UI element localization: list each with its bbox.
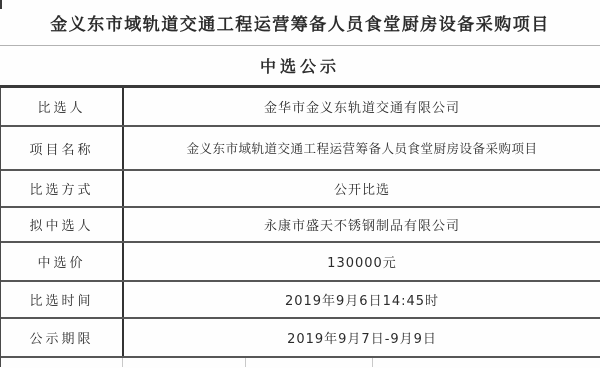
document-title-row: 金义东市域轨道交通工程运营筹备人员食堂厨房设备采购项目 xyxy=(0,0,600,46)
table-border-fragment xyxy=(0,0,2,9)
partial-cell xyxy=(373,358,600,367)
partial-cell xyxy=(246,358,373,367)
table-row-selection-time: 比选时间 2019年9月6日14:45时 xyxy=(1,282,600,319)
row-label: 公示期限 xyxy=(1,319,124,356)
row-value: 130000元 xyxy=(124,243,600,280)
selection-announcement-document: 金义东市域轨道交通工程运营筹备人员食堂厨房设备采购项目 中选公示 比选人 金华市… xyxy=(0,0,600,368)
document-subtitle: 中选公示 xyxy=(260,54,340,77)
row-label: 拟中选人 xyxy=(1,208,124,241)
row-value: 永康市盛天不锈钢制品有限公司 xyxy=(124,208,600,241)
table-row-selection-method: 比选方式 公开比选 xyxy=(1,171,600,208)
row-value: 2019年9月6日14:45时 xyxy=(124,282,600,317)
row-value: 公开比选 xyxy=(124,171,600,206)
document-title: 金义东市域轨道交通工程运营筹备人员食堂厨房设备采购项目 xyxy=(50,10,550,35)
row-value: 2019年9月7日-9月9日 xyxy=(124,319,600,356)
table-row-project-name: 项目名称 金义东市域轨道交通工程运营筹备人员食堂厨房设备采购项目 xyxy=(1,127,600,171)
partial-cell xyxy=(1,358,123,367)
table-row-partial xyxy=(1,358,600,367)
table-row-proposed-winner: 拟中选人 永康市盛天不锈钢制品有限公司 xyxy=(1,208,600,243)
partial-cell xyxy=(123,358,246,367)
row-label: 中选价 xyxy=(1,243,124,280)
row-value: 金华市金义东轨道交通有限公司 xyxy=(124,88,600,125)
table-row-bidder: 比选人 金华市金义东轨道交通有限公司 xyxy=(1,88,600,127)
row-label: 比选时间 xyxy=(1,282,124,317)
document-subtitle-row: 中选公示 xyxy=(0,46,600,88)
row-label: 比选方式 xyxy=(1,171,124,206)
row-value: 金义东市域轨道交通工程运营筹备人员食堂厨房设备采购项目 xyxy=(124,127,600,169)
row-label: 项目名称 xyxy=(1,127,124,169)
table-row-winning-price: 中选价 130000元 xyxy=(1,243,600,282)
row-label: 比选人 xyxy=(1,88,124,125)
announcement-table: 比选人 金华市金义东轨道交通有限公司 项目名称 金义东市域轨道交通工程运营筹备人… xyxy=(0,88,600,367)
table-row-publicity-period: 公示期限 2019年9月7日-9月9日 xyxy=(1,319,600,358)
